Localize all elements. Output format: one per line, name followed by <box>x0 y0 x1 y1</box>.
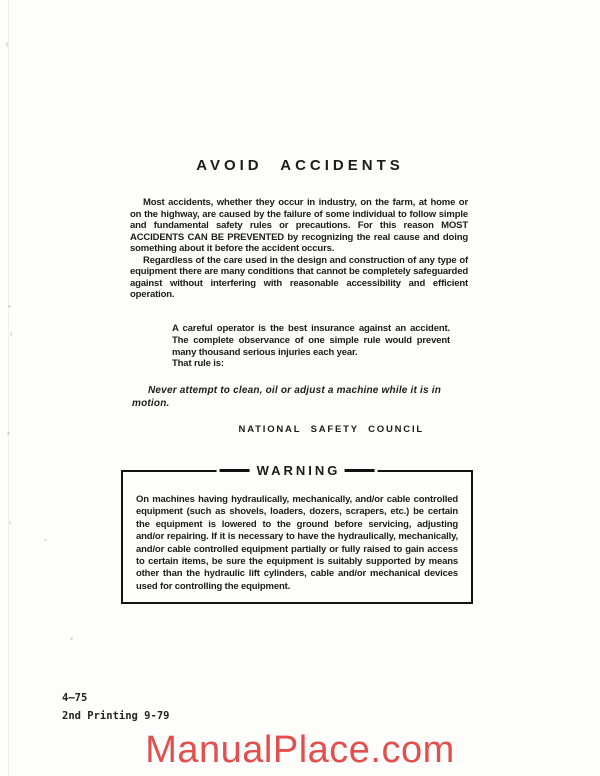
warning-text: On machines having hydraulically, mechan… <box>123 472 471 593</box>
attribution: NATIONAL SAFETY COUNCIL <box>0 424 424 435</box>
operator-note: A careful operator is the best insurance… <box>172 323 450 358</box>
printing-info: 2nd Printing 9-79 <box>62 708 169 726</box>
operator-note-lead: That rule is: <box>172 358 450 370</box>
scan-edge-line <box>8 0 9 776</box>
page-footer: 4–75 2nd Printing 9-79 <box>62 690 169 725</box>
watermark: ManualPlace.com <box>0 729 600 772</box>
document-page: AVOID ACCIDENTS Most accidents, whether … <box>0 0 600 776</box>
intro-section: Most accidents, whether they occur in in… <box>130 197 468 301</box>
warning-label: WARNING <box>250 463 345 478</box>
intro-paragraph-2: Regardless of the care used in the desig… <box>130 255 468 301</box>
page-number: 4–75 <box>62 690 169 708</box>
intro-paragraph-1: Most accidents, whether they occur in in… <box>130 197 468 255</box>
safety-rule: Never attempt to clean, oil or adjust a … <box>132 384 446 410</box>
page-title: AVOID ACCIDENTS <box>0 157 600 174</box>
warning-dash-left <box>220 469 250 473</box>
warning-header: WARNING <box>217 462 378 479</box>
warning-box: WARNING On machines having hydraulically… <box>121 470 473 604</box>
warning-dash-right <box>344 469 374 473</box>
operator-note-section: A careful operator is the best insurance… <box>172 323 450 370</box>
